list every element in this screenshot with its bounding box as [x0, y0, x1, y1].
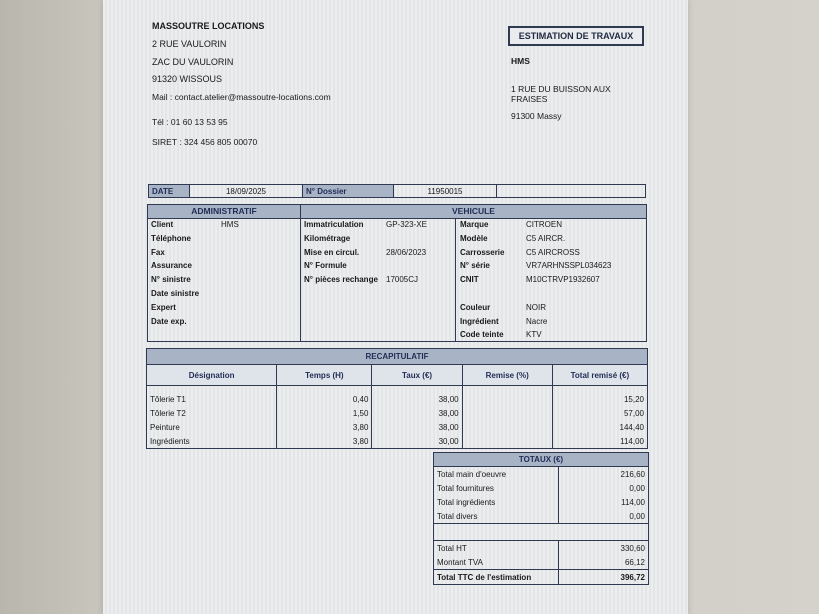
totaux-header: TOTAUX (€) [434, 453, 649, 467]
totaux-label: Total ingrédients [434, 495, 559, 509]
field-row: IngrédientNacre [460, 317, 547, 326]
info-box: ADMINISTRATIF VEHICULE ClientHMSTéléphon… [147, 204, 647, 342]
totaux-row: Total divers0,00 [434, 509, 649, 524]
column-header: Temps (H) [277, 365, 372, 386]
totaux-label: Total main d'oeuvre [434, 467, 559, 482]
field-value: GP-323-XE [386, 220, 427, 229]
table-cell: 3,80 [277, 434, 372, 449]
table-cell: 144,40 [552, 420, 647, 434]
totaux-label: Total fournitures [434, 481, 559, 495]
field-label: Date exp. [151, 317, 221, 326]
field-label: Immatriculation [304, 220, 386, 229]
field-value: C5 AIRCROSS [526, 248, 580, 257]
table-cell: 57,00 [552, 406, 647, 420]
table-cell: 114,00 [552, 434, 647, 449]
field-label: N° Formule [304, 261, 386, 270]
field-row: ImmatriculationGP-323-XE [304, 220, 427, 229]
field-value: C5 AIRCR. [526, 234, 565, 243]
field-row: ModèleC5 AIRCR. [460, 234, 565, 243]
table-cell: 3,80 [277, 420, 372, 434]
vehicule-header: VEHICULE [301, 205, 646, 219]
table-row: Tôlerie T10,4038,0015,20 [147, 386, 648, 407]
document-title: ESTIMATION DE TRAVAUX [508, 26, 644, 46]
field-row: N° sérieVR7ARHNSSPL034623 [460, 261, 611, 270]
column-header: Désignation [147, 365, 277, 386]
field-row: Fax [151, 248, 221, 257]
field-row: CouleurNOIR [460, 303, 546, 312]
recipient-address: 1 RUE DU BUISSON AUX FRAISES [511, 84, 631, 104]
totaux-row: Total ingrédients114,00 [434, 495, 649, 509]
field-label: Assurance [151, 261, 221, 270]
total-ttc-label: Total TTC de l'estimation [434, 570, 559, 585]
field-label: Marque [460, 220, 526, 229]
table-row: Tôlerie T21,5038,0057,00 [147, 406, 648, 420]
company-address-1: 2 RUE VAULORIN [152, 39, 226, 49]
field-label: Ingrédient [460, 317, 526, 326]
company-name: MASSOUTRE LOCATIONS [152, 21, 264, 31]
table-cell: 1,50 [277, 406, 372, 420]
company-phone: Tél : 01 60 13 53 95 [152, 117, 228, 127]
field-value: Nacre [526, 317, 547, 326]
total-ht-value: 330,60 [558, 541, 648, 556]
recipient-city: 91300 Massy [511, 111, 562, 121]
field-label: N° série [460, 261, 526, 270]
field-label: CNIT [460, 275, 526, 284]
field-value: HMS [221, 220, 239, 229]
recapitulatif-table: RECAPITULATIF DésignationTemps (H)Taux (… [146, 348, 648, 449]
field-row: N° Formule [304, 261, 386, 270]
field-label: Couleur [460, 303, 526, 312]
total-ht-label: Total HT [434, 541, 559, 556]
table-cell: 38,00 [372, 406, 462, 420]
field-row: N° pièces rechange17005CJ [304, 275, 418, 284]
field-label: Date sinistre [151, 289, 221, 298]
field-label: Carrosserie [460, 248, 526, 257]
table-cell: 15,20 [552, 386, 647, 407]
recipient-name: HMS [511, 56, 530, 66]
field-label: Code teinte [460, 330, 526, 339]
field-value: 28/06/2023 [386, 248, 426, 257]
field-row: CNITM10CTRVP1932607 [460, 275, 600, 284]
tva-label: Montant TVA [434, 555, 559, 570]
table-cell: 0,40 [277, 386, 372, 407]
field-row: Date sinistre [151, 289, 221, 298]
table-row: Ingrédients3,8030,00114,00 [147, 434, 648, 449]
totaux-row: Total main d'oeuvre216,60 [434, 467, 649, 482]
field-row: Code teinteKTV [460, 330, 542, 339]
field-value: CITROEN [526, 220, 562, 229]
totaux-table: TOTAUX (€) Total main d'oeuvre216,60Tota… [433, 452, 649, 585]
field-label: Mise en circul. [304, 248, 386, 257]
column-header: Remise (%) [462, 365, 552, 386]
table-cell [462, 434, 552, 449]
date-label: DATE [149, 185, 190, 198]
company-mail: Mail : contact.atelier@massoutre-locatio… [152, 92, 331, 102]
field-label: Client [151, 220, 221, 229]
field-row: Mise en circul.28/06/2023 [304, 248, 426, 257]
table-cell [462, 406, 552, 420]
totaux-lines: Total main d'oeuvre216,60Total fournitur… [434, 467, 649, 524]
recapitulatif-body: Tôlerie T10,4038,0015,20Tôlerie T21,5038… [147, 386, 648, 449]
totaux-value: 114,00 [558, 495, 648, 509]
field-label: Kilométrage [304, 234, 386, 243]
date-bar-extra [497, 185, 646, 198]
field-row: Date exp. [151, 317, 221, 326]
field-value: M10CTRVP1932607 [526, 275, 600, 284]
field-value: 17005CJ [386, 275, 418, 284]
field-row: Assurance [151, 261, 221, 270]
field-row: Kilométrage [304, 234, 386, 243]
field-label: Téléphone [151, 234, 221, 243]
table-cell: Peinture [147, 420, 277, 434]
totaux-value: 0,00 [558, 481, 648, 495]
totaux-separator [434, 524, 649, 541]
totaux-value: 216,60 [558, 467, 648, 482]
field-label: N° sinistre [151, 275, 221, 284]
administratif-header: ADMINISTRATIF [148, 205, 301, 219]
table-row: Peinture3,8038,00144,40 [147, 420, 648, 434]
column-header: Total remisé (€) [552, 365, 647, 386]
field-row: N° sinistre [151, 275, 221, 284]
tva-value: 66,12 [558, 555, 648, 570]
field-label: Expert [151, 303, 221, 312]
table-cell: Ingrédients [147, 434, 277, 449]
recapitulatif-columns: DésignationTemps (H)Taux (€)Remise (%)To… [147, 365, 648, 386]
field-value: VR7ARHNSSPL034623 [526, 261, 611, 270]
field-row: MarqueCITROEN [460, 220, 562, 229]
table-cell: 30,00 [372, 434, 462, 449]
field-label: Modèle [460, 234, 526, 243]
totaux-label: Total divers [434, 509, 559, 524]
company-city: 91320 WISSOUS [152, 74, 222, 84]
field-label: Fax [151, 248, 221, 257]
table-cell: 38,00 [372, 386, 462, 407]
date-value: 18/09/2025 [190, 185, 303, 198]
company-siret: SIRET : 324 456 805 00070 [152, 137, 257, 147]
column-header: Taux (€) [372, 365, 462, 386]
table-cell: Tôlerie T1 [147, 386, 277, 407]
table-cell [462, 386, 552, 407]
dossier-value: 11950015 [394, 185, 497, 198]
field-row: Téléphone [151, 234, 221, 243]
company-address-2: ZAC DU VAULORIN [152, 57, 233, 67]
field-row: CarrosserieC5 AIRCROSS [460, 248, 580, 257]
field-value: NOIR [526, 303, 546, 312]
date-bar: DATE 18/09/2025 N° Dossier 11950015 [148, 184, 646, 198]
field-row: ClientHMS [151, 220, 239, 229]
totaux-row: Total fournitures0,00 [434, 481, 649, 495]
table-cell: Tôlerie T2 [147, 406, 277, 420]
totaux-value: 0,00 [558, 509, 648, 524]
table-cell [462, 420, 552, 434]
field-label: N° pièces rechange [304, 275, 386, 284]
recapitulatif-header: RECAPITULATIF [147, 349, 648, 365]
dossier-label: N° Dossier [303, 185, 394, 198]
total-ttc-value: 396,72 [558, 570, 648, 585]
field-row: Expert [151, 303, 221, 312]
table-cell: 38,00 [372, 420, 462, 434]
field-value: KTV [526, 330, 542, 339]
